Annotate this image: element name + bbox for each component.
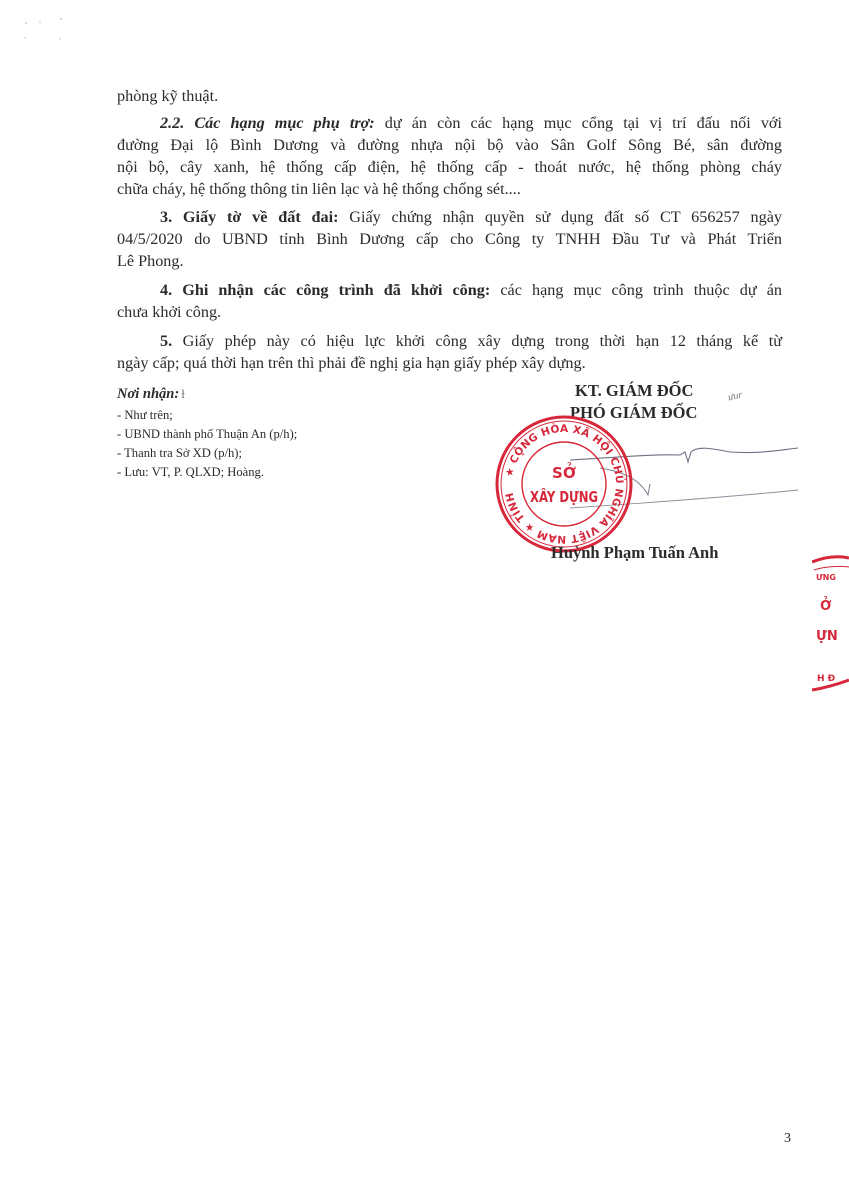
svg-text:ƯNG: ƯNG bbox=[816, 573, 836, 582]
svg-text:H Đ: H Đ bbox=[817, 674, 836, 684]
body-line: nội bộ, cây xanh, hệ thống cấp điện, hệ … bbox=[117, 156, 782, 178]
handwritten-mark: ɫ bbox=[181, 386, 185, 401]
signature-title: KT. GIÁM ĐỐC bbox=[575, 381, 693, 401]
body-line: đường Đại lộ Bình Dương và đường nhựa nộ… bbox=[117, 134, 782, 156]
section-5-label: 5. bbox=[160, 332, 172, 350]
section-4-label: 4. Ghi nhận các công trình đã khởi công: bbox=[160, 281, 490, 299]
body-line: phòng kỹ thuật. bbox=[117, 85, 782, 107]
recipient-item: - Lưu: VT, P. QLXD; Hoàng. bbox=[117, 463, 264, 481]
body-line: ngày cấp; quá thời hạn trên thì phải đề … bbox=[117, 352, 782, 374]
recipients-title: Nơi nhận:ɫ bbox=[117, 386, 185, 403]
section-3-line: 3. Giấy tờ về đất đai: Giấy chứng nhận q… bbox=[160, 206, 782, 228]
body-line: chưa khởi công. bbox=[117, 301, 782, 323]
scan-specks bbox=[20, 15, 80, 45]
body-line: Lê Phong. bbox=[117, 250, 782, 272]
initials: ưur bbox=[727, 390, 743, 404]
svg-text:Ở: Ở bbox=[820, 597, 832, 614]
section-2-2-line: 2.2. Các hạng mục phụ trợ: dự án còn các… bbox=[160, 112, 782, 134]
body-line: 04/5/2020 do UBND tỉnh Bình Dương cấp ch… bbox=[117, 228, 782, 250]
section-3-text: Giấy chứng nhận quyền sử dụng đất số CT … bbox=[339, 208, 783, 226]
page-number: 3 bbox=[784, 1131, 791, 1147]
svg-text:XÂY DỰNG: XÂY DỰNG bbox=[530, 487, 598, 506]
section-5-text: Giấy phép này có hiệu lực khởi công xây … bbox=[172, 332, 782, 350]
svg-text:SỞ: SỞ bbox=[552, 461, 576, 482]
section-3-label: 3. Giấy tờ về đất đai: bbox=[160, 208, 339, 226]
svg-text:ỰN: ỰN bbox=[816, 629, 838, 644]
recipient-item: - Thanh tra Sở XD (p/h); bbox=[117, 444, 242, 462]
recipient-item: - UBND thành phố Thuận An (p/h); bbox=[117, 425, 297, 443]
section-2-2-label: 2.2. Các hạng mục phụ trợ: bbox=[160, 114, 375, 132]
edge-seal-fragment-icon: ƯNG Ở ỰN H Đ bbox=[812, 548, 849, 698]
recipient-item: - Như trên; bbox=[117, 406, 173, 424]
body-line: chữa cháy, hệ thống thông tin liên lạc v… bbox=[117, 178, 782, 200]
section-4-line: 4. Ghi nhận các công trình đã khởi công:… bbox=[160, 279, 782, 301]
section-5-line: 5. Giấy phép này có hiệu lực khởi công x… bbox=[160, 330, 782, 352]
section-2-2-text: dự án còn các hạng mục cổng tại vị trí đ… bbox=[375, 114, 782, 132]
section-4-text: các hạng mục công trình thuộc dự án bbox=[490, 281, 782, 299]
official-seal-icon: ★ CỘNG HÒA XÃ HỘI CHỦ NGHĨA VIỆT NAM ★ T… bbox=[494, 414, 634, 554]
signer-name: Huỳnh Phạm Tuấn Anh bbox=[551, 543, 718, 563]
